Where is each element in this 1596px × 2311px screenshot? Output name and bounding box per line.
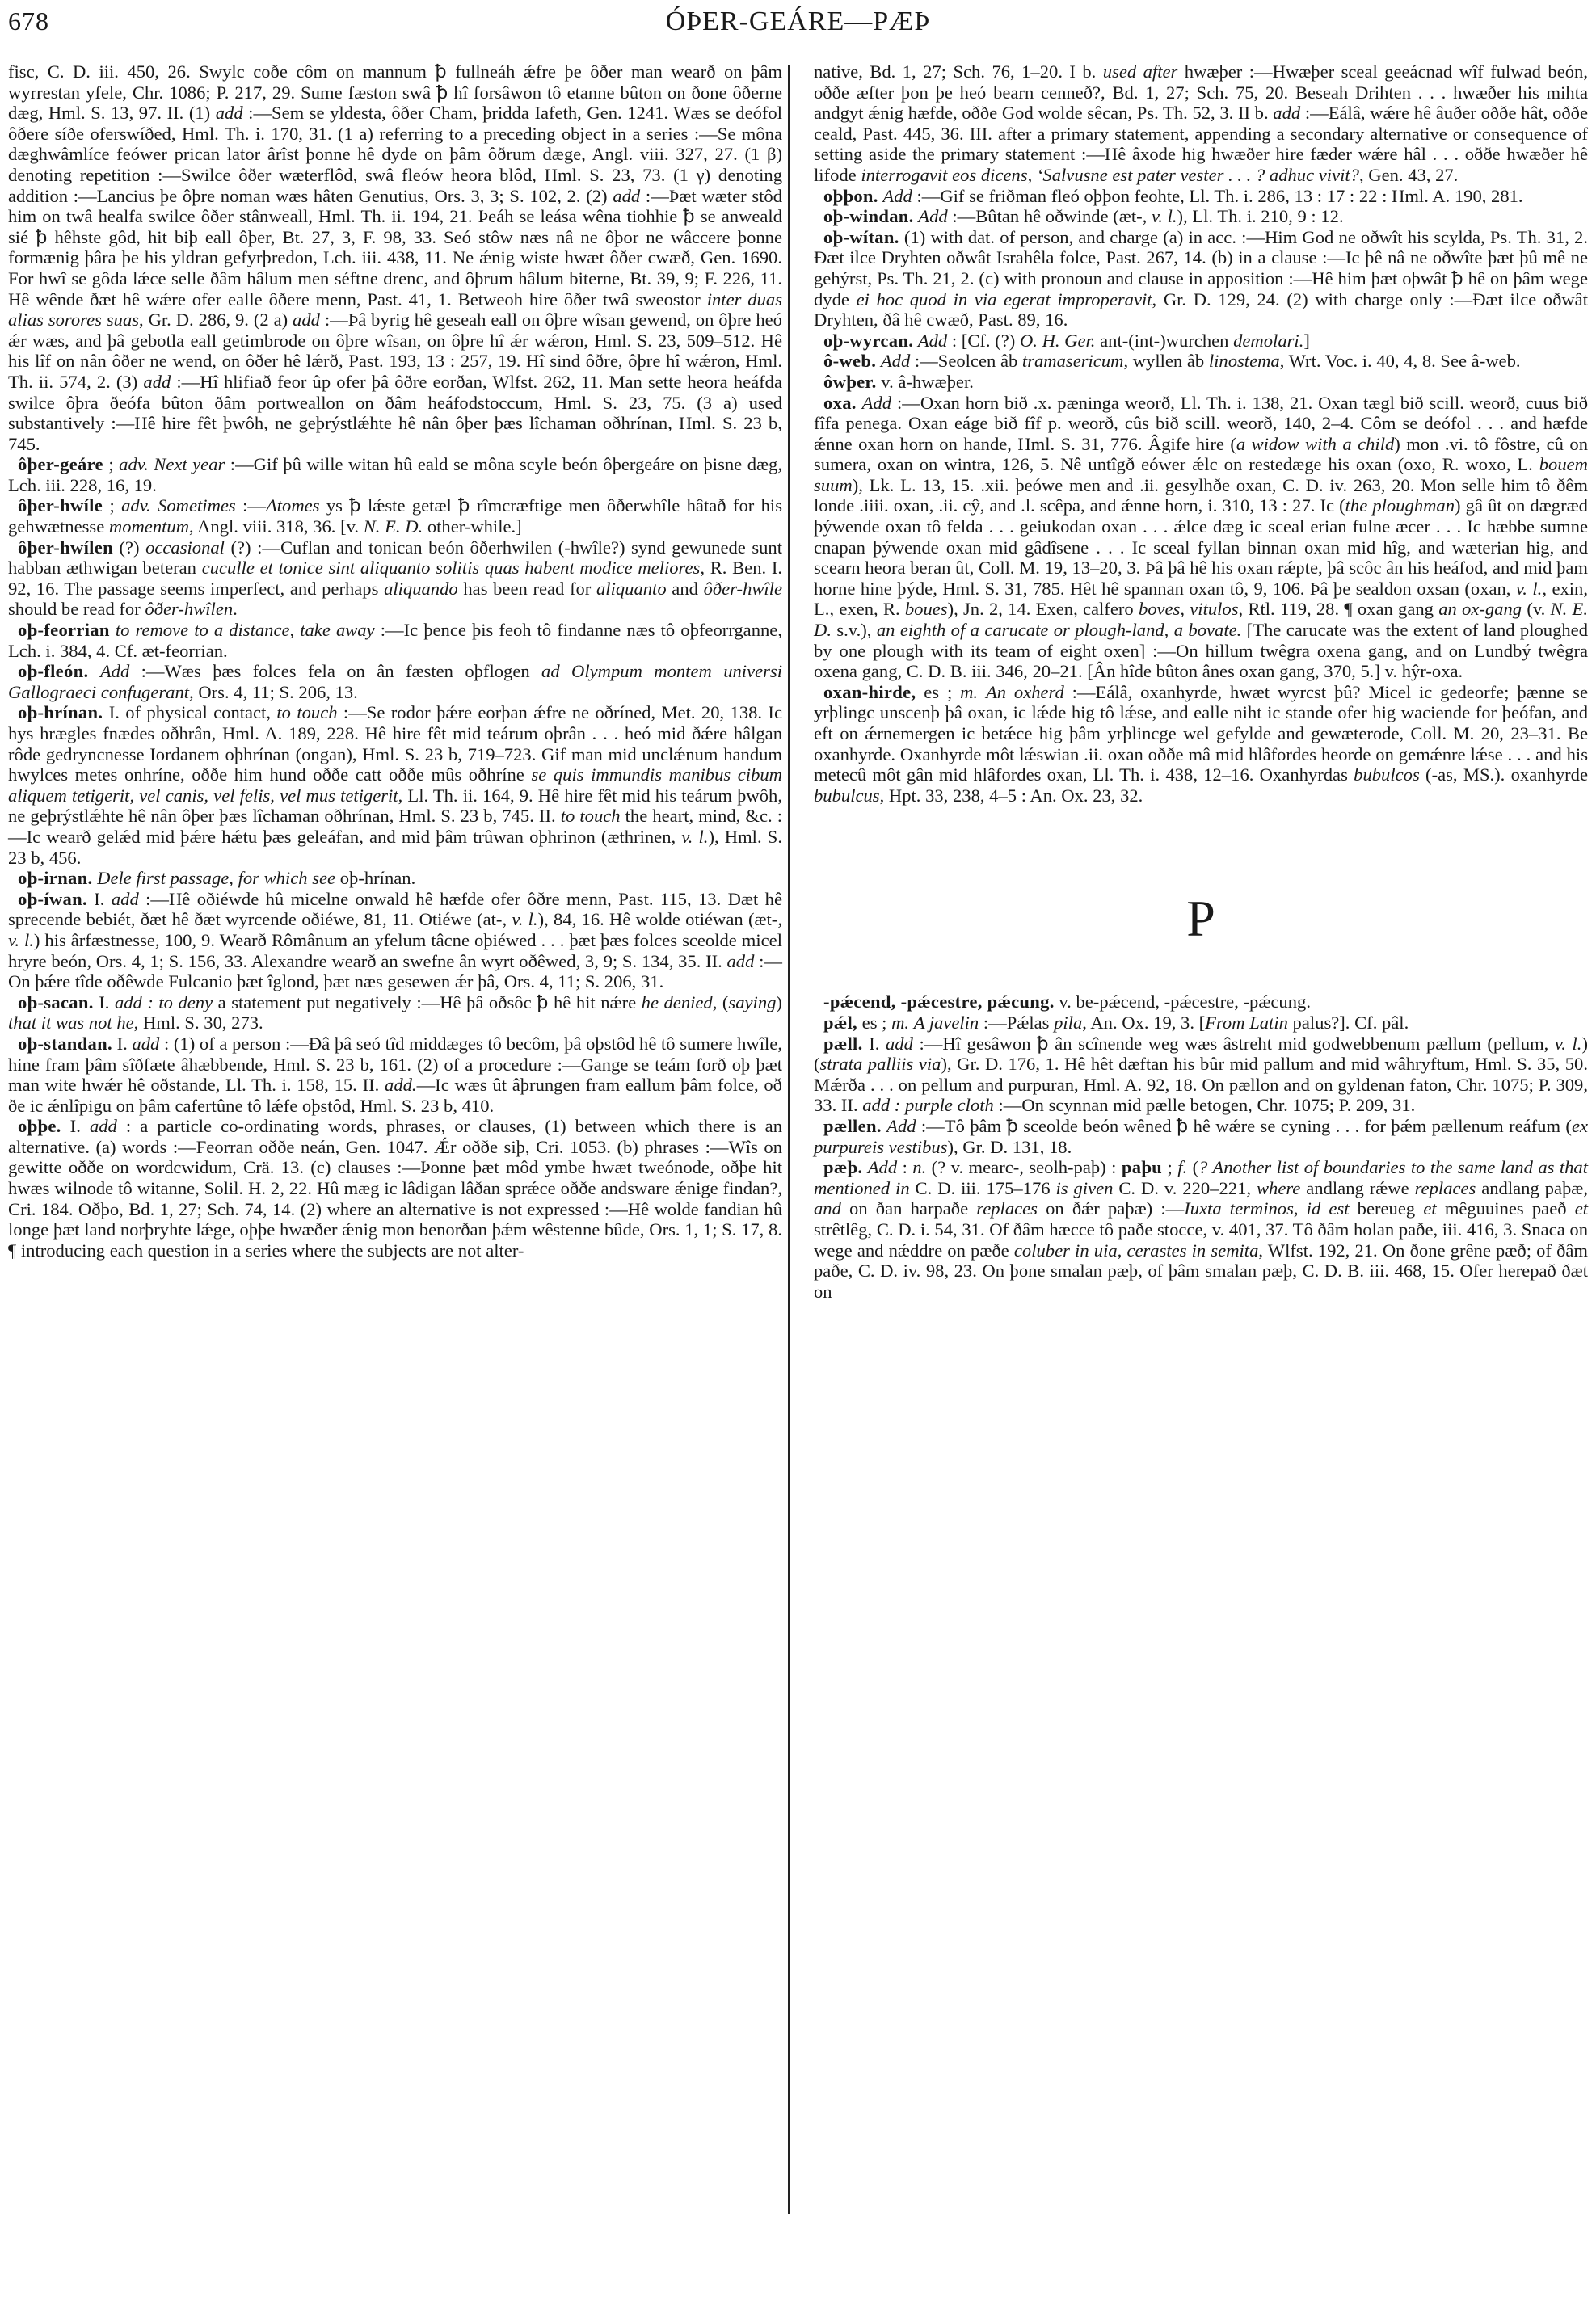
italic-text: adv. xyxy=(119,454,149,474)
italic-text: add xyxy=(727,951,755,971)
dictionary-entry: oþ-sacan. I. add : to deny a statement p… xyxy=(8,992,782,1033)
headword: oþ-wítan. xyxy=(823,227,899,247)
italic-text: the ploughman xyxy=(1345,495,1455,516)
entry-text: ] xyxy=(1303,330,1310,351)
entry-text: :—On scynnan mid pælle betogen, Chr. 107… xyxy=(994,1095,1416,1115)
dictionary-entry: ôwþer. v. â-hwæþer. xyxy=(814,372,1588,393)
italic-text: A javelin xyxy=(914,1012,979,1033)
italic-text: strata palliis via xyxy=(820,1054,941,1074)
entry-text: a statement put negatively :—Hê þâ oðsôc… xyxy=(213,992,642,1012)
entry-text: has been read for xyxy=(458,579,596,599)
entry-text xyxy=(110,620,116,640)
headword: oxa. xyxy=(823,393,857,413)
entry-text: :—Gif se friðman fleó oþþon feohte, Ll. … xyxy=(912,186,1523,206)
italic-text: interrogavit eos dicens, ‘Salvusne est p… xyxy=(861,165,1359,185)
headword: oþ-irnan. xyxy=(18,868,92,888)
entry-text: . xyxy=(233,599,238,619)
headword: pællen. xyxy=(823,1116,882,1136)
italic-text: v. l. xyxy=(512,909,537,929)
italic-text: v. l. xyxy=(1516,579,1542,599)
entry-text: on ðan harpaðe xyxy=(841,1198,976,1219)
headword: oþ-fleón. xyxy=(18,661,88,681)
entry-text: es ; xyxy=(857,1012,891,1033)
dictionary-entry: oþþon. Add :—Gif se friðman fleó oþþon f… xyxy=(814,186,1588,207)
entry-text: ( xyxy=(717,992,728,1012)
entry-text: v. â-hwæþer. xyxy=(877,372,974,392)
entry-text: should be read for xyxy=(8,599,145,619)
italic-text: Atomes xyxy=(266,495,320,516)
dictionary-entry: ôþer-hwílen (?) occasional (?) :—Cuflan … xyxy=(8,537,782,620)
italic-text: cuculle et tonice sint aliquanto solitis… xyxy=(202,558,701,578)
italic-text: Dele first passage, for which see xyxy=(97,868,335,888)
entry-text: , Angl. viii. 318, 36. [v. xyxy=(189,516,364,537)
italic-text: et xyxy=(1423,1198,1436,1219)
entry-text: , wyllen âb xyxy=(1123,351,1208,371)
dictionary-entry: oþþe. I. add : a particle co-ordinating … xyxy=(8,1116,782,1261)
entry-text: es ; xyxy=(916,682,960,702)
entry-text: I. xyxy=(61,1116,90,1136)
italic-text: add xyxy=(216,103,243,123)
dictionary-entry: pǽl, es ; m. A javelin :—Pǽlas pila, An.… xyxy=(814,1012,1588,1033)
italic-text: Add xyxy=(882,186,912,206)
italic-text: n. xyxy=(912,1157,926,1177)
italic-text: boves, vitulos xyxy=(1139,599,1239,619)
right-column-p-entries: -pǽcend, -pǽcestre, pǽcung. v. be-pǽcend… xyxy=(814,991,1588,1302)
italic-text: an ox-gang xyxy=(1438,599,1522,619)
italic-text: linostema xyxy=(1209,351,1280,371)
entry-text: :—Tô þâm ꝥ sceolde beón wêned ꝥ hê wǽre … xyxy=(916,1116,1572,1136)
entry-text: ), Ll. Th. i. 210, 9 : 12. xyxy=(1177,206,1344,226)
dictionary-entry: ôþer-hwíle ; adv. Sometimes :—Atomes ys … xyxy=(8,495,782,537)
italic-text: bubulcus xyxy=(814,785,880,806)
italic-text: Add xyxy=(868,1157,897,1177)
italic-text: is given xyxy=(1056,1178,1114,1198)
dictionary-entry: oþ-irnan. Dele first passage, for which … xyxy=(8,868,782,889)
italic-text: m. xyxy=(891,1012,909,1033)
left-column: fisc, C. D. iii. 450, 26. Swylc coðe côm… xyxy=(8,61,782,1302)
right-column-entries: native, Bd. 1, 27; Sch. 76, 1–20. I b. u… xyxy=(814,61,1588,806)
dictionary-entry: fisc, C. D. iii. 450, 26. Swylc coðe côm… xyxy=(8,61,782,454)
entry-text: :— xyxy=(236,495,266,516)
entry-text: palus?]. Cf. pâl. xyxy=(1288,1012,1409,1033)
headword: ôþer-geáre xyxy=(18,454,103,474)
headword: ôwþer. xyxy=(823,372,877,392)
italic-text: add. xyxy=(385,1075,417,1095)
italic-text: f. xyxy=(1177,1157,1187,1177)
italic-text: tramasericum xyxy=(1022,351,1124,371)
entry-text: ; xyxy=(103,495,121,516)
italic-text: pila xyxy=(1054,1012,1082,1033)
italic-text: add xyxy=(1273,103,1300,123)
entry-text xyxy=(857,393,862,413)
italic-text: that it was not he xyxy=(8,1012,134,1033)
italic-text: he denied, xyxy=(642,992,718,1012)
italic-text: add xyxy=(112,889,139,909)
italic-text: an eighth of a carucate or plough-land, … xyxy=(877,620,1241,640)
entry-text: , Gen. 43, 27. xyxy=(1359,165,1458,185)
dictionary-entry: oþ-windan. Add :—Bûtan hê oðwinde (æt-, … xyxy=(814,206,1588,227)
entry-text: : [Cf. (?) xyxy=(947,330,1020,351)
entry-text: , Ors. 4, 11; S. 206, 13. xyxy=(189,682,358,702)
dictionary-entry: ôþer-geáre ; adv. Next year :—Gif þû wil… xyxy=(8,454,782,495)
italic-text: Add xyxy=(862,393,891,413)
headword: oþþe. xyxy=(18,1116,61,1136)
italic-text: v. l. xyxy=(1555,1033,1582,1054)
entry-text: , Hml. S. 30, 273. xyxy=(134,1012,263,1033)
entry-text: and xyxy=(667,579,704,599)
entry-text: : xyxy=(897,1157,912,1177)
italic-text: aliquanto xyxy=(596,579,667,599)
headword: oþ-íwan. xyxy=(18,889,87,909)
italic-text: and xyxy=(814,1198,841,1219)
italic-text: bubulcos xyxy=(1354,764,1420,785)
italic-text: saying xyxy=(728,992,776,1012)
entry-text: ( xyxy=(1187,1157,1198,1177)
dictionary-entry: oþ-wítan. (1) with dat. of person, and c… xyxy=(814,227,1588,330)
italic-text: Iuxta terminos, id est xyxy=(1184,1198,1349,1219)
headword: pǽl, xyxy=(823,1012,857,1033)
headword: oþ-sacan. xyxy=(18,992,94,1012)
entry-text xyxy=(978,682,986,702)
entry-text xyxy=(88,661,99,681)
italic-text: occasional xyxy=(145,537,225,558)
italic-text: v. l. xyxy=(1152,206,1177,226)
dictionary-entry: pæþ. Add : n. (? v. mearc-, seolh-paþ) :… xyxy=(814,1157,1588,1302)
italic-text: add xyxy=(143,372,171,392)
italic-text: N. E. D. xyxy=(364,516,423,537)
entry-text: : a particle co-ordinating words, phrase… xyxy=(8,1116,782,1261)
entry-text: C. D. iii. 175–176 xyxy=(910,1178,1056,1198)
headword: oþ-windan. xyxy=(823,206,914,226)
italic-text: ôðer-hwîle xyxy=(704,579,782,599)
headword: -pǽcend, -pǽcestre, pǽcung. xyxy=(823,991,1055,1012)
entry-text: s.v.), xyxy=(832,620,877,640)
entry-text: ), Jn. 2, 14. Exen, calfero xyxy=(948,599,1139,619)
headword: ôþer-hwílen xyxy=(18,537,113,558)
italic-text: add xyxy=(132,1033,159,1054)
dictionary-entry: oxa. Add :—Oxan horn bið .x. pæninga weo… xyxy=(814,393,1588,682)
italic-text: et xyxy=(1575,1198,1588,1219)
italic-text: ei hoc quod in via egerat improperavit xyxy=(857,289,1152,309)
entry-text: C. D. v. 220–221, xyxy=(1113,1178,1257,1198)
entry-text: mêguuines paeð xyxy=(1437,1198,1575,1219)
entry-text: on ðǽr paþæ) :— xyxy=(1038,1198,1184,1219)
entry-text: , An. Ox. 19, 3. [ xyxy=(1082,1012,1205,1033)
dictionary-entry: ô-web. Add :—Seolcen âb tramasericum, wy… xyxy=(814,351,1588,372)
entry-text: v. be-pǽcend, -pǽcestre, -pǽcung. xyxy=(1055,991,1311,1012)
entry-text: ), Gr. D. 131, 18. xyxy=(947,1137,1072,1157)
headword: oþ-wyrcan. xyxy=(823,330,913,351)
headword: oþ-feorrian xyxy=(18,620,110,640)
italic-text: a widow with a child xyxy=(1236,434,1394,454)
entry-text: I. of physical contact, xyxy=(103,702,276,722)
headword: paþu xyxy=(1122,1157,1162,1177)
dictionary-entry: oxan-hirde, es ; m. An oxherd :—Eálâ, ox… xyxy=(814,682,1588,806)
entry-text: , Wrt. Voc. i. 40, 4, 8. See â-web. xyxy=(1280,351,1521,371)
right-column: native, Bd. 1, 27; Sch. 76, 1–20. I b. u… xyxy=(814,61,1588,1302)
entry-text: :—Bûtan hê oðwinde (æt-, xyxy=(948,206,1152,226)
entry-text: I. xyxy=(94,992,115,1012)
italic-text: demolari. xyxy=(1233,330,1303,351)
headword: oþ-standan. xyxy=(18,1033,112,1054)
entry-text: I. xyxy=(863,1033,886,1054)
entry-text: ; xyxy=(1162,1157,1177,1177)
italic-text: Add xyxy=(881,351,910,371)
entry-text: ) xyxy=(776,992,782,1012)
entry-text: I. xyxy=(87,889,112,909)
italic-text: aliquando xyxy=(384,579,458,599)
italic-text: An oxherd xyxy=(986,682,1064,702)
italic-text: Sometimes xyxy=(158,495,236,516)
headword: ô-web. xyxy=(823,351,876,371)
entry-text: I. xyxy=(112,1033,132,1054)
italic-text: boues xyxy=(905,599,948,619)
entry-text: andlang rǽwe xyxy=(1300,1178,1414,1198)
entry-text: (v. xyxy=(1522,599,1551,619)
headword: oxan-hirde, xyxy=(823,682,916,702)
entry-text: ) his ârfæstnesse, 100, 9. Wearð Rômânum… xyxy=(8,930,782,971)
entry-text: , Gr. D. 286, 9. (2 a) xyxy=(139,309,293,330)
italic-text: Next year xyxy=(154,454,225,474)
entry-text: :—Hî gesâwon ꝥ ân scînende weg wæs âstre… xyxy=(913,1033,1555,1054)
entry-text: , Hpt. 33, 238, 4–5 : An. Ox. 23, 32. xyxy=(880,785,1143,806)
headword: oþþon. xyxy=(823,186,878,206)
entry-text: :—Seolcen âb xyxy=(910,351,1022,371)
italic-text: add : to deny xyxy=(115,992,213,1012)
italic-text: to remove to a distance, take away xyxy=(116,620,375,640)
entry-text: , Rtl. 119, 28. ¶ oxan gang xyxy=(1239,599,1439,619)
dictionary-entry: oþ-feorrian to remove to a distance, tak… xyxy=(8,620,782,661)
entry-text: (?) xyxy=(113,537,145,558)
dictionary-columns: fisc, C. D. iii. 450, 26. Swylc coðe côm… xyxy=(8,61,1588,1302)
italic-text: coluber in uia, cerastes in semita xyxy=(1014,1240,1259,1261)
italic-text: Add xyxy=(918,206,947,226)
entry-text: other-while.] xyxy=(423,516,522,537)
italic-text: add xyxy=(293,309,320,330)
italic-text: m. xyxy=(960,682,978,702)
italic-text: From Latin xyxy=(1205,1012,1288,1033)
headword: oþ-hrínan. xyxy=(18,702,103,722)
entry-text: :—Wæs þæs folces fela on ân fæsten oþflo… xyxy=(129,661,541,681)
italic-text: to touch xyxy=(561,806,621,826)
italic-text: replaces xyxy=(1415,1178,1476,1198)
entry-text: andlang paþæ, xyxy=(1476,1178,1588,1198)
italic-text: Add xyxy=(918,330,947,351)
italic-text: v. l. xyxy=(8,930,34,950)
dictionary-entry: pæll. I. add :—Hî gesâwon ꝥ ân scînende … xyxy=(814,1033,1588,1116)
dictionary-entry: -pǽcend, -pǽcestre, pǽcung. v. be-pǽcend… xyxy=(814,991,1588,1012)
dictionary-entry: oþ-hrínan. I. of physical contact, to to… xyxy=(8,702,782,868)
italic-text: O. H. Ger. xyxy=(1020,330,1096,351)
entry-text: ant-(int-)wurchen xyxy=(1095,330,1233,351)
italic-text: where xyxy=(1257,1178,1300,1198)
dictionary-entry: oþ-íwan. I. add :—Hê oðiéwde hû micelne … xyxy=(8,889,782,992)
italic-text: add xyxy=(90,1116,117,1136)
italic-text: add xyxy=(886,1033,913,1054)
italic-text: add xyxy=(613,186,640,206)
headword: ôþer-hwíle xyxy=(18,495,103,516)
entry-text: ; xyxy=(103,454,119,474)
italic-text: momentum xyxy=(109,516,189,537)
section-letter-heading: P xyxy=(814,893,1588,945)
dictionary-entry: native, Bd. 1, 27; Sch. 76, 1–20. I b. u… xyxy=(814,61,1588,186)
entry-text: native, Bd. 1, 27; Sch. 76, 1–20. I b. xyxy=(814,61,1103,82)
entry-text xyxy=(151,495,158,516)
italic-text: Add xyxy=(886,1116,916,1136)
italic-text: replaces xyxy=(976,1198,1038,1219)
dictionary-entry: oþ-standan. I. add : (1) of a person :—Ð… xyxy=(8,1033,782,1116)
entry-text: oþ-hrínan. xyxy=(335,868,415,888)
running-head: 678 ÓÞER-GEÁRE—PÆÞ xyxy=(8,6,1588,47)
dictionary-entry: oþ-wyrcan. Add : [Cf. (?) O. H. Ger. ant… xyxy=(814,330,1588,351)
italic-text: ôðer-hwîlen xyxy=(145,599,233,619)
italic-text: to touch xyxy=(276,702,337,722)
italic-text: adv. xyxy=(121,495,151,516)
entry-text: :—Pǽlas xyxy=(979,1012,1054,1033)
dictionary-entry: pællen. Add :—Tô þâm ꝥ sceolde beón wêne… xyxy=(814,1116,1588,1157)
headword: pæll. xyxy=(823,1033,863,1054)
headword: pæþ. xyxy=(823,1157,862,1177)
italic-text: add : purple cloth xyxy=(862,1095,994,1115)
italic-text: used after xyxy=(1103,61,1178,82)
entry-text: (? v. mearc-, seolh-paþ) : xyxy=(926,1157,1122,1177)
entry-text: (-as, MS.). oxanhyrde xyxy=(1420,764,1588,785)
running-title: ÓÞER-GEÁRE—PÆÞ xyxy=(8,6,1588,37)
dictionary-entry: oþ-fleón. Add :—Wæs þæs folces fela on â… xyxy=(8,661,782,702)
italic-text: v. l. xyxy=(681,827,708,847)
entry-text: ), 84, 16. Hê wolde otiéwan (æt-, xyxy=(538,909,782,929)
italic-text: Add xyxy=(100,661,129,681)
entry-text: bereueg xyxy=(1350,1198,1424,1219)
